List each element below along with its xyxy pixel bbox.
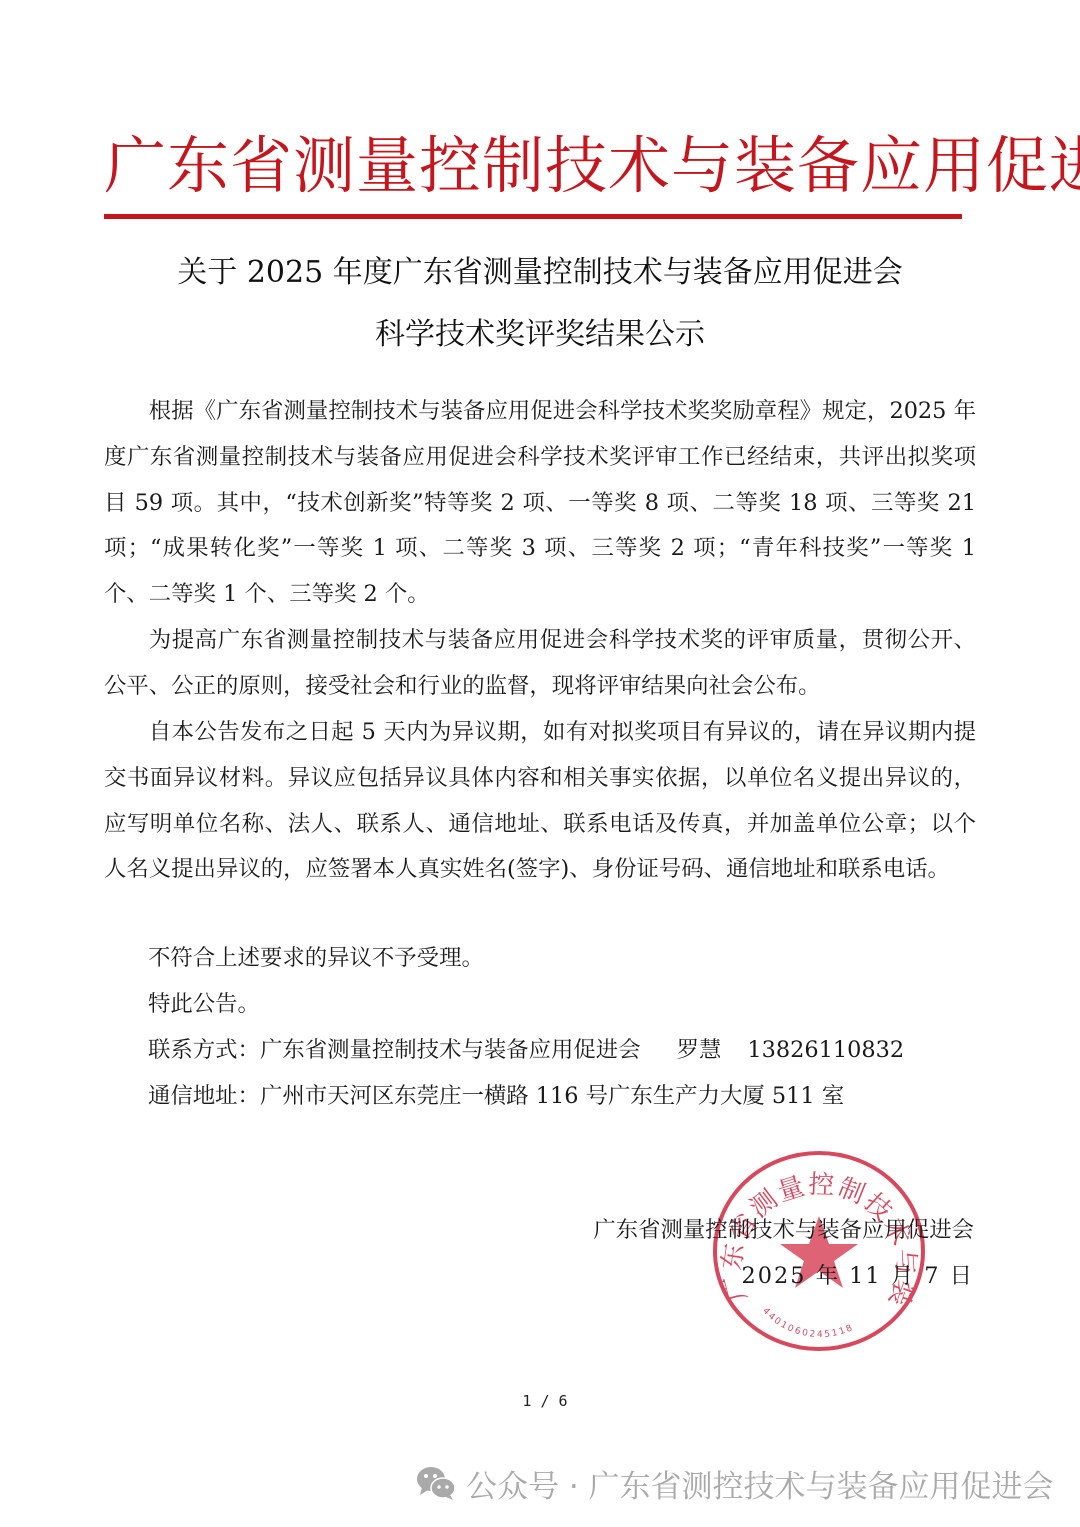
signature-date: 2025 年 11 月 7 日 <box>742 1256 974 1296</box>
document-title-line-2: 科学技术奖评奖结果公示 <box>104 315 976 355</box>
body-paragraph-award-summary: 根据《广东省测量控制技术与装备应用促进会科学技术奖奖励章程》规定，2025 年度… <box>104 389 976 618</box>
masthead-organization-name: 广东省测量控制技术与装备应用促进会 <box>104 126 964 206</box>
contact-person: 罗慧 <box>677 1037 722 1063</box>
contact-organization: 广东省测量控制技术与装备应用促进会 <box>260 1037 641 1063</box>
contact-info-line: 联系方式：广东省测量控制技术与装备应用促进会罗慧13826110832 <box>148 1030 904 1070</box>
page-number: 1 / 6 <box>0 1392 1080 1410</box>
paragraph-text: 为提高广东省测量控制技术与装备应用促进会科学技术奖的评审质量，贯彻公开、公平、公… <box>104 618 976 710</box>
body-paragraph-objection-period: 自本公告发布之日起 5 天内为异议期，如有对拟奖项目有异议的，请在异议期内提交书… <box>104 710 976 893</box>
body-paragraph-purpose: 为提高广东省测量控制技术与装备应用促进会科学技术奖的评审质量，贯彻公开、公平、公… <box>104 618 976 710</box>
mailing-address-line: 通信地址：广州市天河区东莞庄一横路 116 号广东生产力大厦 511 室 <box>148 1076 844 1116</box>
address-label: 通信地址： <box>148 1083 260 1109</box>
official-seal-stamp-icon: 广东省测量控制技术与装备应用促进会 4401060245118 <box>710 1148 928 1354</box>
watermark-text: 公众号 · 广东省测控技术与装备应用促进会 <box>466 1461 1054 1506</box>
masthead-red-rule <box>104 214 962 219</box>
wechat-official-account-watermark: 公众号 · 广东省测控技术与装备应用促进会 <box>416 1458 1054 1508</box>
contact-label: 联系方式： <box>148 1037 260 1063</box>
reject-notice-line: 不符合上述要求的异议不予受理。 <box>148 938 484 978</box>
paragraph-text: 根据《广东省测量控制技术与装备应用促进会科学技术奖奖励章程》规定，2025 年度… <box>104 389 976 618</box>
signature-organization: 广东省测量控制技术与装备应用促进会 <box>593 1210 974 1250</box>
wechat-icon <box>416 1465 456 1501</box>
document-title-line-1: 关于 2025 年度广东省测量控制技术与装备应用促进会 <box>104 253 976 293</box>
paragraph-text: 自本公告发布之日起 5 天内为异议期，如有对拟奖项目有异议的，请在异议期内提交书… <box>104 710 976 893</box>
address-value: 广州市天河区东莞庄一横路 116 号广东生产力大厦 511 室 <box>260 1083 844 1109</box>
svg-text:4401060245118: 4401060245118 <box>760 1306 856 1340</box>
closing-line: 特此公告。 <box>148 984 260 1024</box>
document-page: 广东省测量控制技术与装备应用促进会 关于 2025 年度广东省测量控制技术与装备… <box>0 0 1080 1527</box>
contact-phone: 13826110832 <box>747 1037 904 1063</box>
